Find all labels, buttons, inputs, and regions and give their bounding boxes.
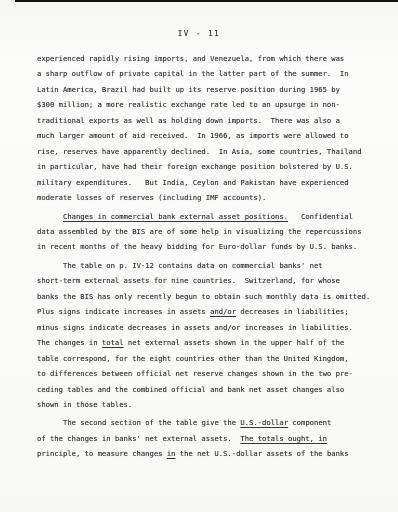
text-line: a sharp outflow of private capital in th… — [37, 66, 373, 81]
text-segment: traditional exports as well as holding d… — [37, 116, 340, 125]
underlined-text: U.S.-dollar — [240, 418, 288, 427]
paragraph: experienced rapidly rising imports, and … — [37, 51, 373, 206]
text-line: The changes in total net external assets… — [37, 335, 373, 350]
underlined-text: Changes in commercial bank external asse… — [63, 212, 288, 221]
text-segment: component — [288, 418, 331, 427]
text-line: traditional exports as well as holding d… — [37, 113, 373, 128]
text-line: minus signs indicate decreases in assets… — [37, 320, 373, 335]
text-line: data assembled by the BIS are of some he… — [37, 224, 373, 239]
text-segment: Confidential — [288, 212, 353, 221]
text-line: Plus signs indicate increases in assets … — [37, 304, 373, 319]
text-line: to differences between official net rese… — [37, 366, 373, 381]
text-line: rise, reserves have apparently declined.… — [37, 144, 373, 159]
text-segment: in recent months of the heavy bidding fo… — [37, 242, 357, 251]
text-segment: experienced rapidly rising imports, and … — [37, 54, 344, 63]
text-segment: principle, to measure changes — [37, 449, 167, 458]
text-segment: The changes in — [37, 338, 102, 347]
text-segment: minus signs indicate decreases in assets… — [37, 323, 353, 332]
text-line: moderate losses of reserves (including I… — [37, 190, 373, 205]
text-line: $300 million; a more realistic exchange … — [37, 97, 373, 112]
text-segment: the net U.S.-dollar assets of the banks — [175, 449, 348, 458]
document-body: experienced rapidly rising imports, and … — [37, 51, 373, 462]
text-segment: rise, reserves have apparently declined.… — [37, 147, 362, 156]
page-number: IV - 11 — [0, 29, 398, 38]
text-line: banks the BIS has only recently begun to… — [37, 289, 373, 304]
text-segment: data assembled by the BIS are of some he… — [37, 227, 362, 236]
underlined-text: total — [102, 338, 124, 347]
paragraph: Changes in commercial bank external asse… — [37, 209, 373, 255]
text-segment: $300 million; a more realistic exchange … — [37, 100, 340, 109]
text-line: much larger amount of aid received. In 1… — [37, 128, 373, 143]
text-line: The second section of the table give the… — [37, 415, 373, 430]
text-segment: in particular, have had their foreign ex… — [37, 162, 353, 171]
text-line: Latin America, Brazil had built up its r… — [37, 82, 373, 97]
text-segment: The second section of the table give the — [63, 418, 240, 427]
text-segment: banks the BIS has only recently begun to… — [37, 292, 370, 301]
text-segment: The table on p. IV-12 contains data on c… — [63, 261, 323, 270]
text-segment: moderate losses of reserves (including I… — [37, 193, 266, 202]
text-segment: decreases in liabilities; — [236, 307, 349, 316]
text-line: table correspond, for the eight countrie… — [37, 351, 373, 366]
text-line: ceding tables and the combined official … — [37, 382, 373, 397]
text-line: short-term external assets for nine coun… — [37, 273, 373, 288]
text-segment: ceding tables and the combined official … — [37, 385, 344, 394]
text-segment: to differences between official net rese… — [37, 369, 353, 378]
text-segment: of the changes in banks' net external as… — [37, 434, 240, 443]
text-segment: table correspond, for the eight countrie… — [37, 354, 349, 363]
text-line: Changes in commercial bank external asse… — [37, 209, 373, 224]
text-segment: Latin America, Brazil had built up its r… — [37, 85, 340, 94]
text-segment: military expenditures. But India, Ceylon… — [37, 178, 349, 187]
scan-edge-artifact — [15, 0, 398, 2]
text-segment: net external assets shown in the upper h… — [124, 338, 345, 347]
paragraph: The table on p. IV-12 contains data on c… — [37, 258, 373, 413]
text-line: of the changes in banks' net external as… — [37, 431, 373, 446]
text-segment: shown in those tables. — [37, 400, 132, 409]
document-page: IV - 11 experienced rapidly rising impor… — [0, 0, 398, 512]
text-segment: short-term external assets for nine coun… — [37, 276, 340, 285]
text-segment: a sharp outflow of private capital in th… — [37, 69, 349, 78]
text-segment: much larger amount of aid received. In 1… — [37, 131, 349, 140]
paragraph: The second section of the table give the… — [37, 415, 373, 461]
text-line: shown in those tables. — [37, 397, 373, 412]
underlined-text: and/or — [210, 307, 236, 316]
text-line: in particular, have had their foreign ex… — [37, 159, 373, 174]
text-line: military expenditures. But India, Ceylon… — [37, 175, 373, 190]
text-line: experienced rapidly rising imports, and … — [37, 51, 373, 66]
text-segment: Plus signs indicate increases in assets — [37, 307, 210, 316]
text-line: in recent months of the heavy bidding fo… — [37, 239, 373, 254]
text-line: principle, to measure changes in the net… — [37, 446, 373, 461]
text-line: The table on p. IV-12 contains data on c… — [37, 258, 373, 273]
underlined-text: The totals ought, in — [240, 434, 327, 443]
